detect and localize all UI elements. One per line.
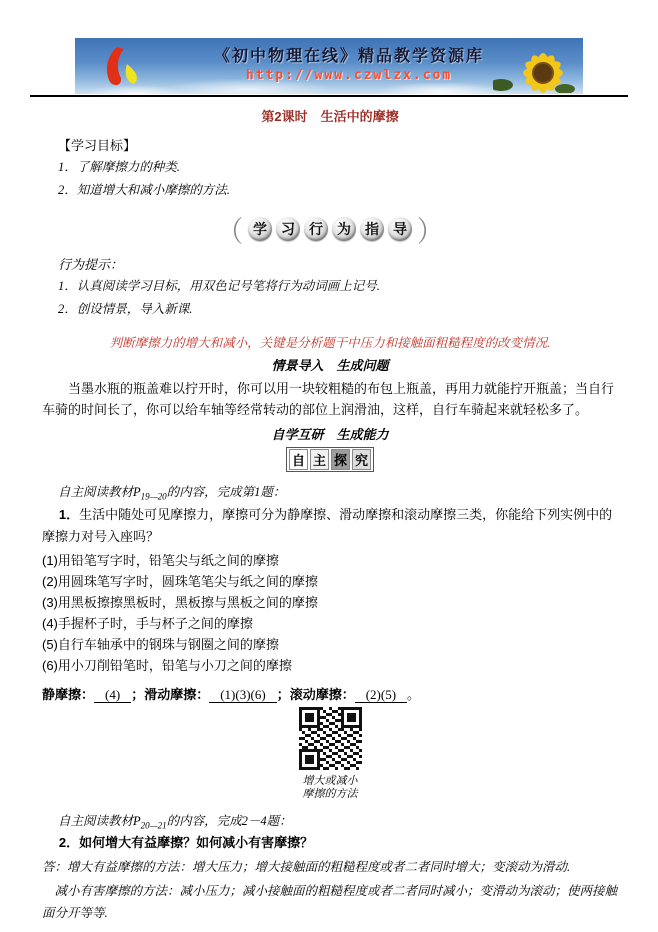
question-1-number: 1． [59,507,79,522]
question-2-text: 如何增大有益摩擦？如何减小有害摩擦？ [79,835,313,850]
study-guide-banner: （ 学 习 行 为 指 导 ） [42,214,618,244]
example-item: (1)用铅笔写字时，铅笔尖与纸之间的摩擦 [42,550,618,571]
guide-char-badge: 指 [360,217,384,241]
qr-code-block: 增大或减小 摩擦的方法 [42,707,618,801]
self-inquiry-box: 自 主 探 究 [42,447,618,472]
worksheet-page: 《初中物理在线》精品教学资源库 http://www.czwlzx.com [0,0,658,932]
question-2: 2．如何增大有益摩擦？如何减小有害摩擦？ [42,832,618,854]
guide-char-badge: 学 [248,217,272,241]
method-note: 判断摩擦力的增大和减小，关键是分析题干中压力和接触面粗糙程度的改变情况. [42,333,618,351]
guide-char-badge: 为 [332,217,356,241]
question-1: 1．生活中随处可见摩擦力，摩擦可分为静摩擦、滑动摩擦和滚动摩擦三类，你能给下列实… [42,504,618,548]
site-banner: 《初中物理在线》精品教学资源库 http://www.czwlzx.com [75,38,583,94]
task2-intro-pre: 自主阅读教材P [58,814,141,828]
rolling-friction-label: ；滚动摩擦： [277,687,355,702]
page-title: 第2课时 生活中的摩擦 [42,106,618,125]
question-2-number: 2． [59,835,79,850]
guide-char-badge: 行 [304,217,328,241]
site-url-link[interactable]: http://www.czwlzx.com [185,68,513,83]
qr-caption-line2: 摩擦的方法 [42,788,618,801]
task2-intro-post: 的内容，完成2－4题： [167,814,292,828]
rolling-friction-answer-blank: (2)(5) [355,687,407,703]
banner-right-decoration: ） [417,209,443,250]
banner-left-decoration: （ [217,209,243,250]
static-friction-answer-blank: (4) [94,687,131,703]
guide-char-badge: 习 [276,217,300,241]
question-2-answer-increase: 答：增大有益摩擦的方法：增大压力；增大接触面的粗糙程度或者二者同时增大；变滚动为… [42,856,618,878]
example-item: (5)自行车轴承中的钢珠与钢圈之间的摩擦 [42,634,618,655]
answer-line-period: 。 [407,687,420,702]
sliding-friction-label: ；滑动摩擦： [131,687,209,702]
task2-page-range: 20—21 [141,820,167,830]
behavior-tips-heading: 行为提示： [42,254,618,273]
header-divider [30,95,628,97]
guide-char-badge: 导 [388,217,412,241]
example-item: (6)用小刀削铅笔时，铅笔与小刀之间的摩擦 [42,655,618,676]
qr-code-icon [299,707,362,770]
question-2-answer-decrease: 减小有害摩擦的方法：减小压力；减小接触面的粗糙程度或者二者同时减小；变滑动为滚动… [42,880,618,924]
task1-reading-instruction: 自主阅读教材P19—20的内容，完成第1题： [42,482,618,502]
qr-caption-line1: 增大或减小 [42,775,618,788]
sliding-friction-answer-blank: (1)(3)(6) [209,687,276,703]
sunflower-image [493,39,579,94]
classification-answer-line: 静摩擦：(4)；滑动摩擦：(1)(3)(6)；滚动摩擦：(2)(5)。 [42,684,618,703]
document-body: 第2课时 生活中的摩擦 【学习目标】 1．了解摩擦力的种类. 2．知道增大和减小… [42,104,618,926]
example-item: (4)手握杯子时，手与杯子之间的摩擦 [42,613,618,634]
box-char: 主 [310,449,329,470]
box-char: 探 [331,449,350,470]
section-heading-scene-intro: 情景导入 生成问题 [42,355,618,374]
box-char: 究 [352,449,371,470]
example-item: (2)用圆珠笔写字时，圆珠笔笔尖与纸之间的摩擦 [42,571,618,592]
site-title: 《初中物理在线》精品教学资源库 [185,43,513,66]
scene-intro-paragraph: 当墨水瓶的瓶盖难以拧开时，你可以用一块较粗糙的布包上瓶盖，再用力就能拧开瓶盖；当… [42,378,618,420]
task1-intro-post: 的内容，完成第1题： [167,485,286,499]
objective-item: 1．了解摩擦力的种类. [42,156,618,179]
objective-item: 2．知道增大和减小摩擦的方法. [42,179,618,202]
objectives-heading: 【学习目标】 [42,135,618,154]
task2-reading-instruction: 自主阅读教材P20—21的内容，完成2－4题： [42,811,618,831]
site-logo-icon [97,44,149,94]
task1-page-range: 19—20 [141,492,167,502]
box-char: 自 [289,449,308,470]
static-friction-label: 静摩擦： [42,687,94,702]
task1-intro-pre: 自主阅读教材P [58,485,141,499]
example-item: (3)用黑板擦擦黑板时，黑板擦与黑板之间的摩擦 [42,592,618,613]
question-1-text: 生活中随处可见摩擦力，摩擦可分为静摩擦、滑动摩擦和滚动摩擦三类，你能给下列实例中… [42,507,612,544]
behavior-tip-item: 2．创设情景，导入新课. [42,298,618,321]
section-heading-self-study: 自学互研 生成能力 [42,424,618,443]
behavior-tip-item: 1．认真阅读学习目标，用双色记号笔将行为动词画上记号. [42,275,618,298]
